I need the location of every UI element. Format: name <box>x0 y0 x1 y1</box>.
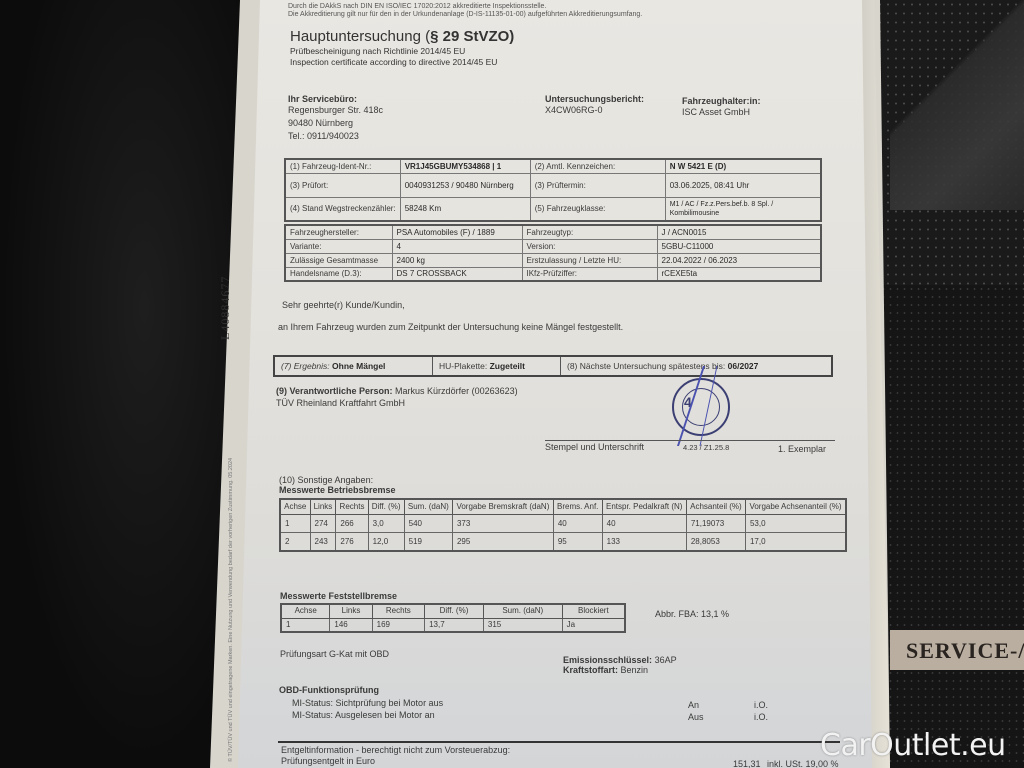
table-cell: 266 <box>336 515 368 533</box>
caroutlet-watermark: CarOutlet.eu <box>820 728 1006 763</box>
check-digit-label: IKfz-Prüfziffer: <box>522 267 657 281</box>
table-row: Handelsname (D.3): DS 7 CROSSBACK IKfz-P… <box>285 267 821 281</box>
table-cell: 17,0 <box>745 533 846 551</box>
table-cell: 3,0 <box>368 515 404 533</box>
table-cell: 71,19073 <box>686 515 745 533</box>
column-header: Blockiert <box>562 604 625 618</box>
column-header: Sum. (daN) <box>483 604 562 618</box>
variant-label: Variante: <box>285 239 392 253</box>
registration-label: Erstzulassung / Letzte HU: <box>522 253 657 267</box>
vehicle-info-table: (1) Fahrzeug-Ident-Nr.: VR1J45GBUMY53486… <box>284 158 822 222</box>
table-cell: 95 <box>553 533 602 551</box>
vin-label: (1) Fahrzeug-Ident-Nr.: <box>285 159 400 173</box>
table-cell: 243 <box>310 533 336 551</box>
column-header: Rechts <box>372 604 424 618</box>
version-label: Version: <box>522 239 657 253</box>
document: L40884677 © TÜV/TÜV und TÜV und eingetra… <box>0 0 1024 768</box>
table-cell: 133 <box>602 533 686 551</box>
responsible-name: Markus Kürzdörfer (00263623) <box>395 386 518 396</box>
table-header-row: AchseLinksRechtsDiff. (%)Sum. (daN)Block… <box>281 604 625 618</box>
result-box: (7) Ergebnis: Ohne Mängel HU-Plakette: Z… <box>273 355 833 377</box>
table-cell: 12,0 <box>368 533 404 551</box>
table-cell: 540 <box>404 515 452 533</box>
vehicle-class-label: (5) Fahrzeugklasse: <box>530 197 665 221</box>
table-row: Variante: 4 Version: 5GBU-C11000 <box>285 239 821 253</box>
fee-amount: 151,31 <box>733 758 761 768</box>
odometer-label: (4) Stand Wegstreckenzähler: <box>285 197 400 221</box>
column-header: Links <box>310 499 336 515</box>
service-brake-table: AchseLinksRechtsDiff. (%)Sum. (daN)Vorga… <box>279 498 847 552</box>
table-header-row: AchseLinksRechtsDiff. (%)Sum. (daN)Vorga… <box>280 499 846 515</box>
report-number: X4CW06RG-0 <box>545 104 603 117</box>
divider <box>278 741 840 743</box>
stamp-code: 4.23 / Z1.25.8 <box>683 441 729 454</box>
column-header: Achse <box>281 604 330 618</box>
trade-name-label: Handelsname (D.3): <box>285 267 392 281</box>
responsible-label: (9) Verantwortliche Person: <box>276 386 393 396</box>
side-copyright-note: © TÜV/TÜV und TÜV und eingetragene Marke… <box>228 458 234 762</box>
result-message: an Ihrem Fahrzeug wurden zum Zeitpunkt d… <box>278 321 623 334</box>
variant-value: 4 <box>392 239 522 253</box>
table-cell: 28,8053 <box>686 533 745 551</box>
table-cell: 373 <box>452 515 553 533</box>
column-header: Achse <box>280 499 310 515</box>
fba-value: Abbr. FBA: 13,1 % <box>655 608 729 621</box>
vin-value: VR1J45GBUMY534868 | 1 <box>400 159 530 173</box>
obd-row-2-result: i.O. <box>754 711 768 724</box>
holder-value: ISC Asset GmbH <box>682 106 750 119</box>
table-row: 12742663,0540373404071,1907353,0 <box>280 515 846 533</box>
report-label: Untersuchungsbericht: <box>545 94 644 104</box>
column-header: Diff. (%) <box>368 499 404 515</box>
column-header: Achsanteil (%) <box>686 499 745 515</box>
test-date-label: (3) Prüftermin: <box>530 173 665 197</box>
table-cell: 13,7 <box>425 618 484 632</box>
gross-weight-label: Zulässige Gesamtmasse <box>285 253 392 267</box>
plate-value: N W 5421 E (D) <box>665 159 821 173</box>
column-header: Rechts <box>336 499 368 515</box>
table-cell: 2 <box>280 533 310 551</box>
vehicle-class-value: M1 / AC / Fz.z.Pers.bef.b. 8 Spl. / Komb… <box>665 197 821 221</box>
table-cell: 1 <box>280 515 310 533</box>
table-row: (4) Stand Wegstreckenzähler: 58248 Km (5… <box>285 197 821 221</box>
gross-weight-value: 2400 kg <box>392 253 522 267</box>
column-header: Sum. (daN) <box>404 499 452 515</box>
manufacturer-value: PSA Automobiles (F) / 1889 <box>392 225 522 239</box>
vehicle-type-value: J / ACN0015 <box>657 225 821 239</box>
column-header: Diff. (%) <box>425 604 484 618</box>
table-cell: 169 <box>372 618 424 632</box>
table-cell: 53,0 <box>745 515 846 533</box>
parking-brake-table: AchseLinksRechtsDiff. (%)Sum. (daN)Block… <box>280 603 626 633</box>
table-row: 224327612,05192959513328,805317,0 <box>280 533 846 551</box>
column-header: Links <box>330 604 372 618</box>
title-text: Hauptuntersuchung ( <box>290 28 430 45</box>
check-digit-value: rCEXE5ta <box>657 267 821 281</box>
table-cell: Ja <box>562 618 625 632</box>
test-date-value: 03.06.2025, 08:41 Uhr <box>665 173 821 197</box>
table-row: Fahrzeughersteller: PSA Automobiles (F) … <box>285 225 821 239</box>
odometer-value: 58248 Km <box>400 197 530 221</box>
column-header: Vorgabe Bremskraft (daN) <box>452 499 553 515</box>
table-cell: 519 <box>404 533 452 551</box>
result-value: Ohne Mängel <box>332 361 385 371</box>
result-label: (7) Ergebnis: <box>281 361 330 371</box>
serial-number: L40884677 <box>218 276 233 340</box>
fuel-type: Kraftstoffart: Benzin <box>563 664 648 677</box>
table-cell: 146 <box>330 618 372 632</box>
parking-brake-title: Messwerte Feststellbremse <box>280 590 397 603</box>
table-cell: 276 <box>336 533 368 551</box>
service-brake-title: Messwerte Betriebsbremse <box>279 484 396 497</box>
obd-title: OBD-Funktionsprüfung <box>279 684 379 697</box>
greeting: Sehr geehrte(r) Kunde/Kundin, <box>282 299 405 312</box>
table-cell: 274 <box>310 515 336 533</box>
title-bold: § 29 StVZO) <box>430 28 514 45</box>
test-location-label: (3) Prüfort: <box>285 173 400 197</box>
next-inspection-cell: (8) Nächste Untersuchung spätestens bis:… <box>561 357 831 375</box>
plate-label: (2) Amtl. Kennzeichen: <box>530 159 665 173</box>
table-cell: 1 <box>281 618 330 632</box>
vehicle-details-table: Fahrzeughersteller: PSA Automobiles (F) … <box>284 224 822 282</box>
service-office-phone: Tel.: 0911/940023 <box>288 130 359 143</box>
table-row: (1) Fahrzeug-Ident-Nr.: VR1J45GBUMY53486… <box>285 159 821 173</box>
subtitle-en: Inspection certificate according to dire… <box>290 57 497 67</box>
service-office-label: Ihr Servicebüro: <box>288 94 357 104</box>
fuel-label: Kraftstoffart: <box>563 665 618 675</box>
plakette-cell: HU-Plakette: Zugeteilt <box>433 357 561 375</box>
fee-label: Prüfungsentgelt in Euro <box>281 755 375 768</box>
table-cell: 295 <box>452 533 553 551</box>
result-cell: (7) Ergebnis: Ohne Mängel <box>275 357 433 375</box>
table-row: 114616913,7315Ja <box>281 618 625 632</box>
page-title: Hauptuntersuchung (§ 29 StVZO) <box>290 28 514 45</box>
obd-row-2-label: MI-Status: Ausgelesen bei Motor an <box>292 709 435 722</box>
table-cell: 40 <box>602 515 686 533</box>
column-header: Brems. Anf. <box>553 499 602 515</box>
test-type: Prüfungsart G-Kat mit OBD <box>280 648 389 661</box>
holder-label: Fahrzeughalter:in: <box>682 96 761 106</box>
table-cell: 40 <box>553 515 602 533</box>
service-office-street: Regensburger Str. 418c <box>288 104 383 117</box>
table-cell: 315 <box>483 618 562 632</box>
trade-name-value: DS 7 CROSSBACK <box>392 267 522 281</box>
fuel-value: Benzin <box>621 665 649 675</box>
subtitle-de: Prüfbescheinigung nach Richtlinie 2014/4… <box>290 46 465 56</box>
version-value: 5GBU-C11000 <box>657 239 821 253</box>
table-row: (3) Prüfort: 0040931253 / 90480 Nürnberg… <box>285 173 821 197</box>
emission-key-value: 36AP <box>655 655 677 665</box>
plakette-label: HU-Plakette: <box>439 361 487 371</box>
service-office-city: 90480 Nürnberg <box>288 117 353 130</box>
vehicle-type-label: Fahrzeugtyp: <box>522 225 657 239</box>
column-header: Entspr. Pedalkraft (N) <box>602 499 686 515</box>
plakette-value: Zugeteilt <box>490 361 525 371</box>
responsible-company: TÜV Rheinland Kraftfahrt GmbH <box>276 397 405 410</box>
registration-value: 22.04.2022 / 06.2023 <box>657 253 821 267</box>
test-location-value: 0040931253 / 90480 Nürnberg <box>400 173 530 197</box>
accreditation-line-2: Die Akkreditierung gilt nur für den in d… <box>288 10 642 19</box>
table-row: Zulässige Gesamtmasse 2400 kg Erstzulass… <box>285 253 821 267</box>
obd-row-2-status: Aus <box>688 711 704 724</box>
stamp-caption: Stempel und Unterschrift <box>545 441 644 454</box>
column-header: Vorgabe Achsenanteil (%) <box>745 499 846 515</box>
copy-label: 1. Exemplar <box>778 443 826 456</box>
manufacturer-label: Fahrzeughersteller: <box>285 225 392 239</box>
